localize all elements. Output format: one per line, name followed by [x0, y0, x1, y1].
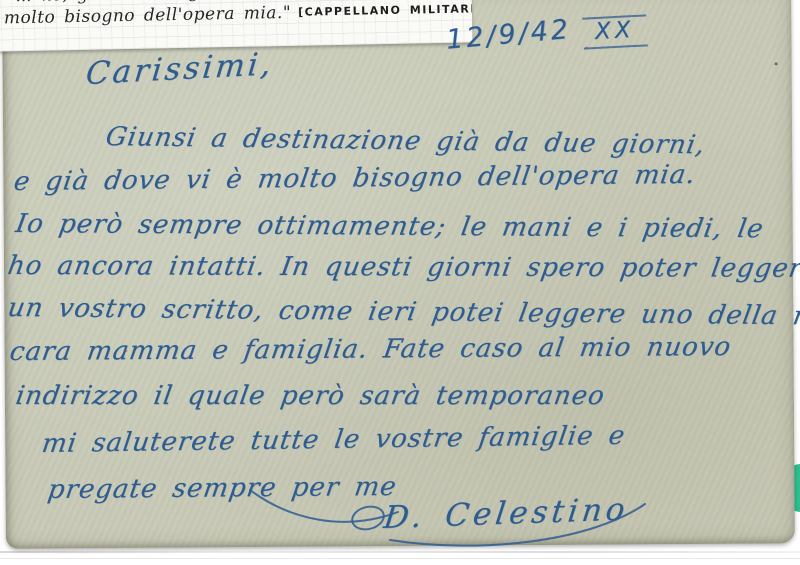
note-bracket-caption: [CAPPELLANO MILITARE] — [298, 2, 472, 19]
signature-underline-swoosh — [390, 504, 645, 546]
scanned-postcard-page: 12/9/42XX Carissimi, Giunsi a destinazio… — [0, 0, 800, 565]
signature-flourish — [140, 478, 660, 560]
body-line-3: Io però sempre ottimamente; le mani e i … — [14, 209, 767, 244]
body-line-6: cara mamma e famiglia. Fate caso al mio … — [8, 332, 734, 367]
paper-speck — [775, 62, 778, 65]
pen-tail-stroke — [250, 490, 398, 522]
body-line-7: indirizzo il quale però sarà temporaneo — [14, 381, 608, 411]
fascist-era-mark: XX — [582, 14, 647, 49]
body-line-4: ho ancora intatti. In questi giorni sper… — [6, 251, 800, 284]
note-quote: molto bisogno dell'opera mia." — [4, 3, 292, 29]
note-line: molto bisogno dell'opera mia."[CAPPELLAN… — [4, 0, 472, 28]
